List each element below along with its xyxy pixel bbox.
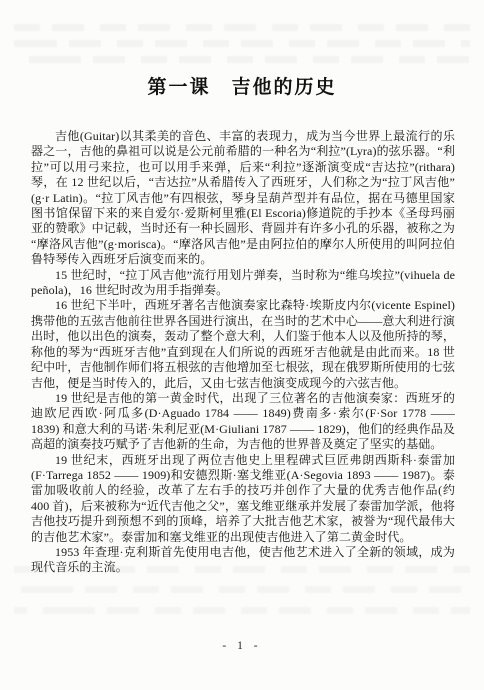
paragraph: 1953 年查理·克利斯首先使用电吉他，使吉他艺术进入了全新的领域，成为现代音乐… bbox=[31, 545, 455, 576]
bleedthrough-artifact bbox=[14, 586, 470, 593]
page-number: - 1 - bbox=[0, 640, 484, 652]
bleedthrough-artifact bbox=[14, 24, 470, 31]
paragraph: 19 世纪末，西班牙出现了两位吉他史上里程碑式巨匠弗朗西斯科·泰雷加(F·Tar… bbox=[31, 453, 455, 545]
paragraph: 吉他(Guitar)以其柔美的音色、丰富的表现力，成为当今世界上最流行的乐器之一… bbox=[31, 129, 455, 268]
bleedthrough-artifact bbox=[14, 607, 470, 614]
paragraph: 15 世纪时，“拉丁风吉他”流行用划片弹奏，当时称为“维乌埃拉”(vihuela… bbox=[31, 268, 455, 299]
paragraph: 19 世纪是吉他的第一黄金时代，出现了三位著名的吉他演奏家：西班牙的迪欧尼西欧·… bbox=[31, 391, 455, 453]
bleedthrough-artifact bbox=[14, 40, 470, 47]
bleedthrough-artifact bbox=[14, 56, 470, 63]
scanned-book-page: 第一课 吉他的历史 吉他(Guitar)以其柔美的音色、丰富的表现力，成为当今世… bbox=[0, 0, 484, 690]
paragraph: 16 世纪下半叶，西班牙著名吉他演奏家比森特·埃斯皮内尔(vicente Esp… bbox=[31, 298, 455, 390]
lesson-title: 第一课 吉他的历史 bbox=[0, 72, 484, 99]
lesson-body-text: 吉他(Guitar)以其柔美的音色、丰富的表现力，成为当今世界上最流行的乐器之一… bbox=[31, 129, 455, 576]
